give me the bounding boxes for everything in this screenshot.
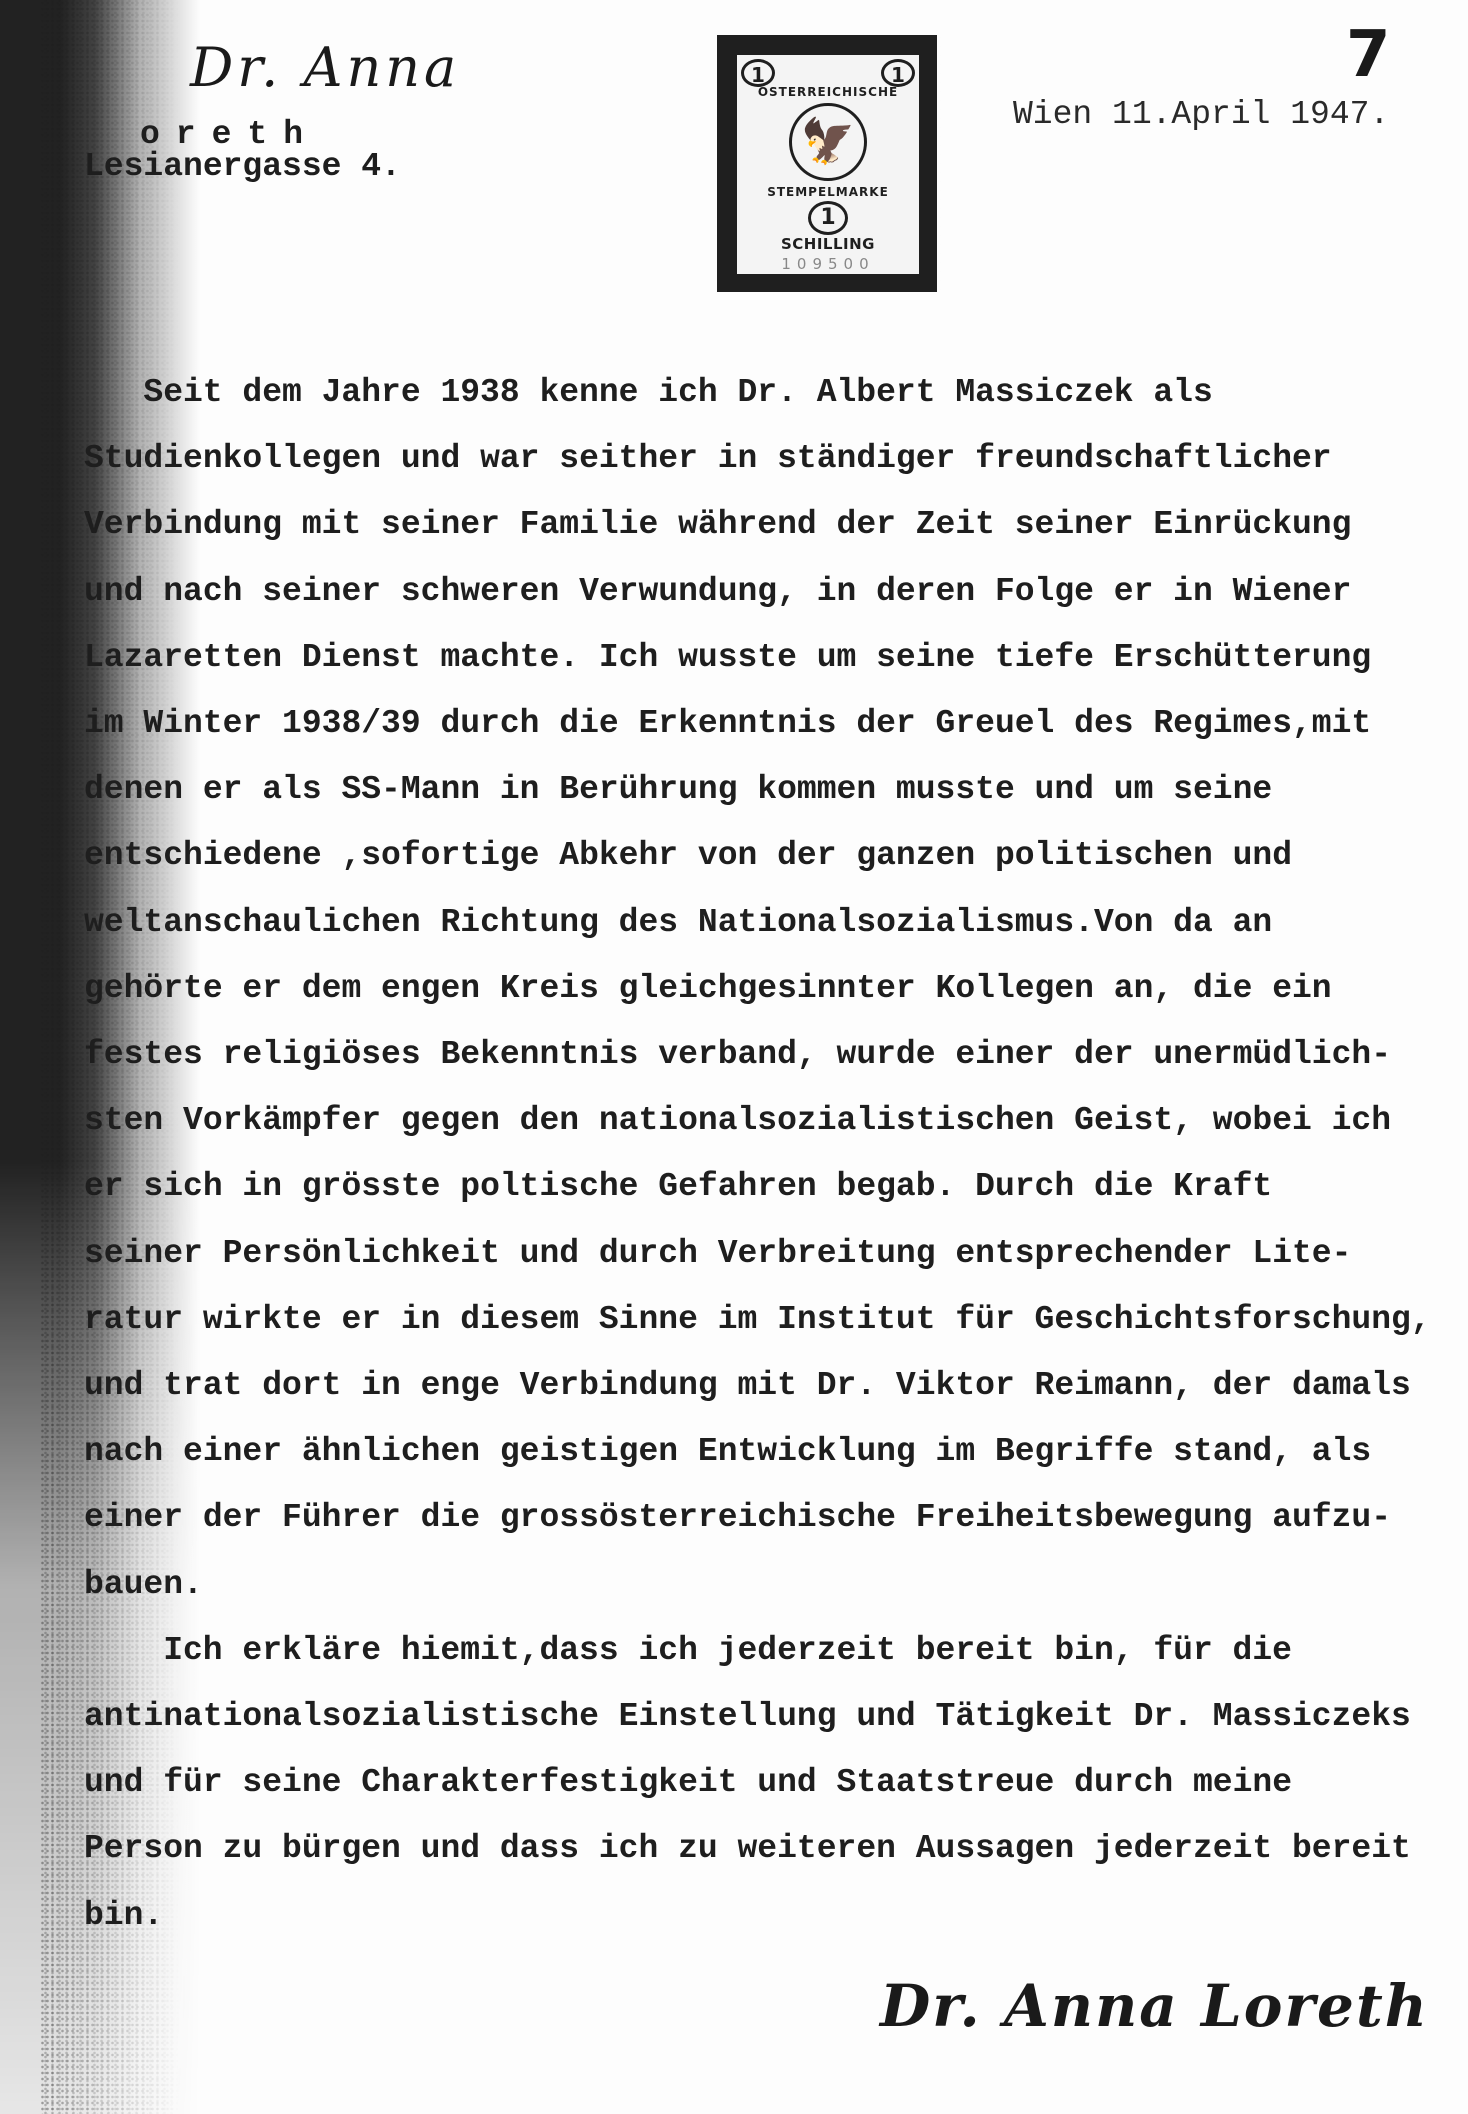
letter-line: einer der Führer die grossösterreichisch… (84, 1501, 1391, 1534)
letter-line: Seit dem Jahre 1938 kenne ich Dr. Albert… (143, 376, 1212, 409)
letter-line: und für seine Charakterfestigkeit und St… (84, 1766, 1292, 1799)
letter-line: er sich in grösste poltische Gefahren be… (84, 1170, 1272, 1203)
letter-line: entschiedene ,sofortige Abkehr von der g… (84, 839, 1292, 872)
letter-line: Person zu bürgen und dass ich zu weitere… (84, 1832, 1411, 1865)
letter-line: denen er als SS-Mann in Berührung kommen… (84, 773, 1272, 806)
letter-line: seiner Persönlichkeit und durch Verbreit… (84, 1237, 1351, 1270)
letter-line: und trat dort in enge Verbindung mit Dr.… (84, 1369, 1411, 1402)
letter-line: weltanschaulichen Richtung des Nationals… (84, 906, 1272, 939)
letter-line: und nach seiner schweren Verwundung, in … (84, 575, 1351, 608)
letter-line: festes religiöses Bekenntnis verband, wu… (84, 1038, 1391, 1071)
letter-line: sten Vorkämpfer gegen den nationalsozial… (84, 1104, 1391, 1137)
letter-line: Studienkollegen und war seither in ständ… (84, 442, 1332, 475)
letter-line: Verbindung mit seiner Familie während de… (84, 508, 1351, 541)
letter-line: Ich erkläre hiemit,dass ich jederzeit be… (163, 1634, 1292, 1667)
letter-line: bin. (84, 1899, 163, 1932)
letter-line: ratur wirkte er in diesem Sinne im Insti… (84, 1303, 1431, 1336)
letter-line: nach einer ähnlichen geistigen Entwicklu… (84, 1435, 1371, 1468)
letter-line: bauen. (84, 1568, 203, 1601)
signature: Dr. Anna Loreth (880, 1972, 1429, 2040)
letter-line: Lazaretten Dienst machte. Ich wusste um … (84, 641, 1371, 674)
letter-line: im Winter 1938/39 durch die Erkenntnis d… (84, 707, 1371, 740)
letter-body: Seit dem Jahre 1938 kenne ich Dr. Albert… (84, 0, 1444, 2114)
letter-line: gehörte er dem engen Kreis gleichgesinnt… (84, 972, 1332, 1005)
letter-line: antinationalsozialistische Einstellung u… (84, 1700, 1411, 1733)
